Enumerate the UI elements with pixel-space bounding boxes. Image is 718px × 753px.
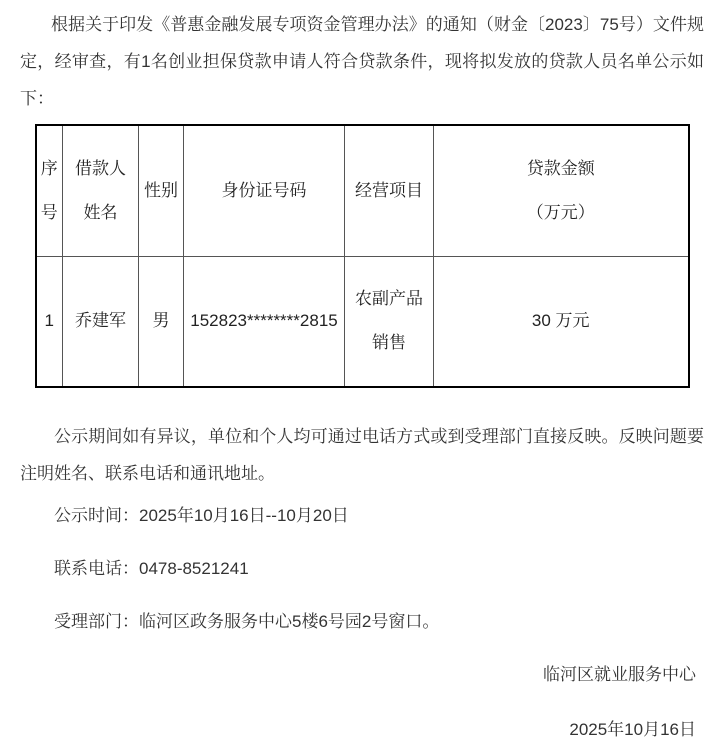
intro-paragraph: 根据关于印发《普惠金融发展专项资金管理办法》的通知（财金〔2023〕75号）文件… xyxy=(20,6,704,117)
cell-seq: 1 xyxy=(36,256,63,387)
header-business-project: 经营项目 xyxy=(345,125,434,256)
header-id-number: 身份证号码 xyxy=(184,125,345,256)
cell-loan-amount: 30 万元 xyxy=(434,256,689,387)
objection-notice-paragraph: 公示期间如有异议，单位和个人均可通过电话方式或到受理部门直接反映。反映问题要注明… xyxy=(20,418,704,492)
loan-table: 序 号 借款人 姓名 性别 身份证号码 经营项目 贷款金额 （万元） 1 乔建军… xyxy=(35,124,690,388)
table-header-row: 序 号 借款人 姓名 性别 身份证号码 经营项目 贷款金额 （万元） xyxy=(36,125,689,256)
cell-borrower-name: 乔建军 xyxy=(63,256,139,387)
signature-date: 2025年10月16日 xyxy=(20,720,696,740)
cell-business-project: 农副产品 销售 xyxy=(345,256,434,387)
announcement-page: 根据关于印发《普惠金融发展专项资金管理办法》的通知（财金〔2023〕75号）文件… xyxy=(0,0,718,740)
cell-id-number: 152823********2815 xyxy=(184,256,345,387)
table-row: 1 乔建军 男 152823********2815 农副产品 销售 30 万元 xyxy=(36,256,689,387)
header-seq: 序 号 xyxy=(36,125,63,256)
cell-gender: 男 xyxy=(139,256,184,387)
publicity-period: 公示时间：2025年10月16日--10月20日 xyxy=(20,506,704,526)
accepting-department: 受理部门：临河区政务服务中心5楼6号园2号窗口。 xyxy=(20,612,704,632)
header-gender: 性别 xyxy=(139,125,184,256)
header-borrower-name: 借款人 姓名 xyxy=(63,125,139,256)
signature-org: 临河区就业服务中心 xyxy=(20,665,696,685)
contact-phone: 联系电话：0478-8521241 xyxy=(20,559,704,579)
header-loan-amount: 贷款金额 （万元） xyxy=(434,125,689,256)
